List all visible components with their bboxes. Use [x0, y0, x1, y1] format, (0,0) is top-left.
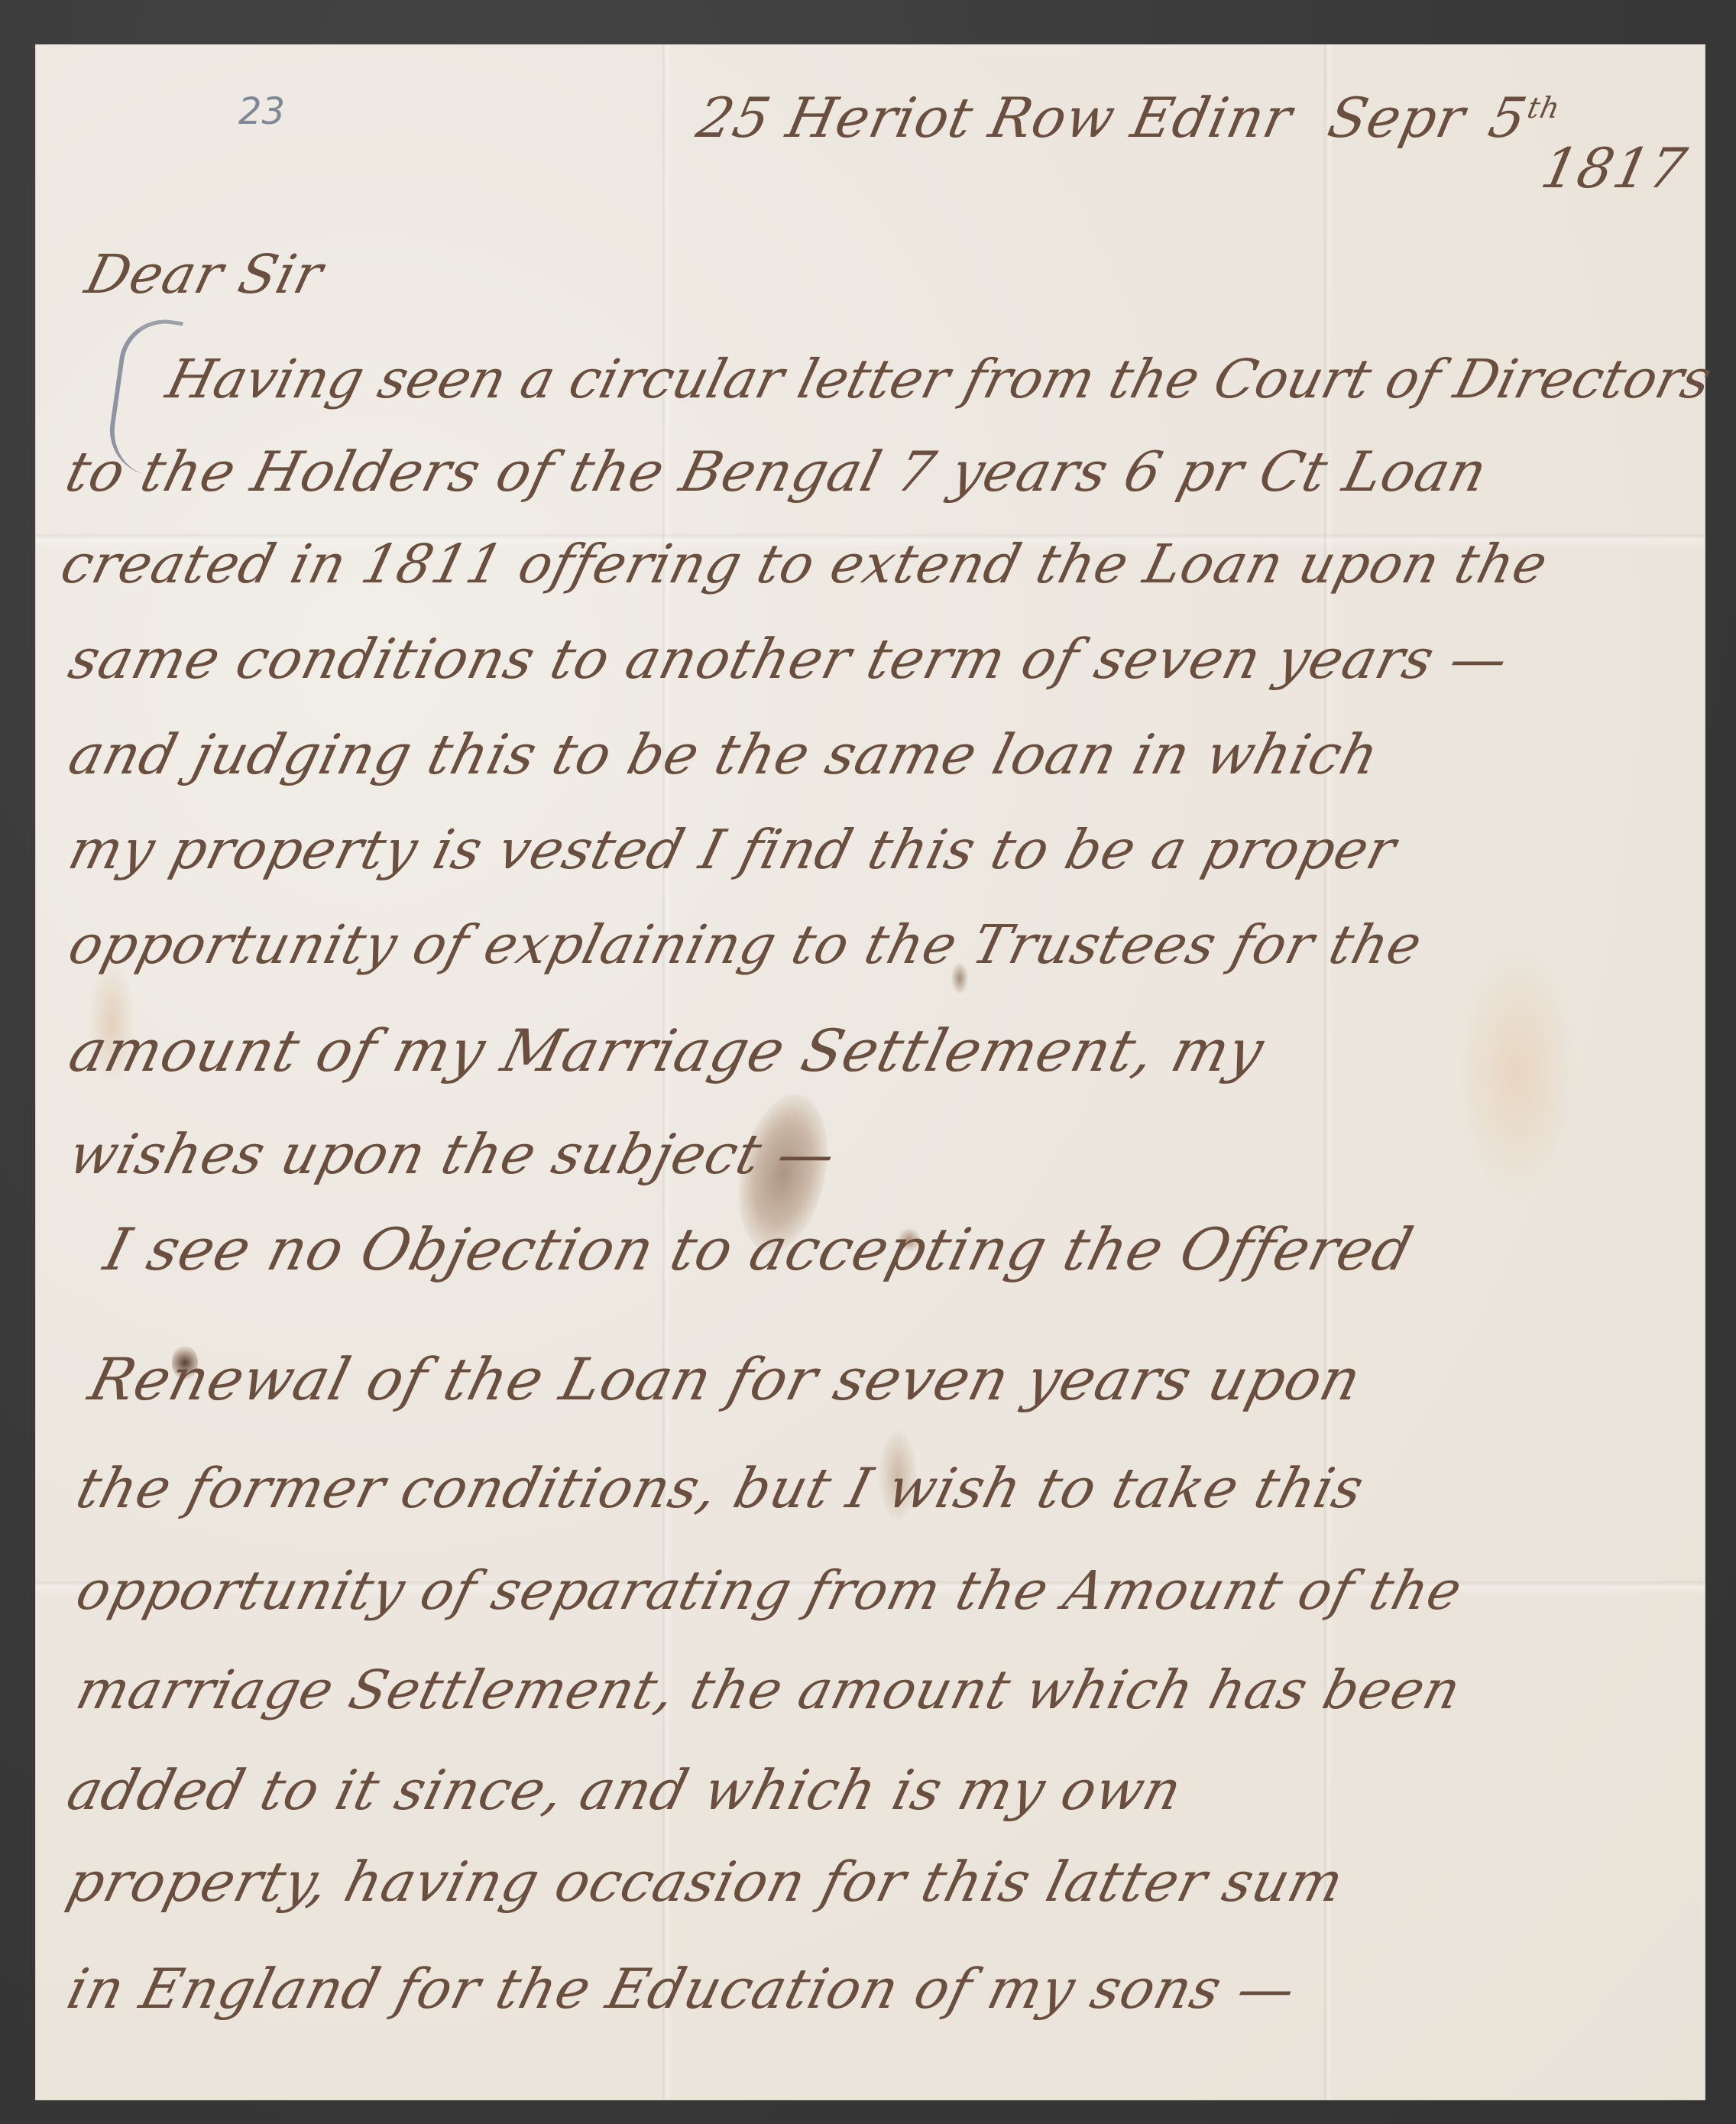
body-line: same conditions to another term of seven… — [63, 627, 1515, 691]
address-text: 25 Heriot Row Edinr — [691, 86, 1298, 150]
body-line: opportunity of explaining to the Trustee… — [63, 913, 1429, 976]
body-line: my property is vested I find this to be … — [63, 818, 1403, 881]
date-month: Sepr — [1323, 86, 1471, 150]
archive-number: 23 — [238, 90, 285, 133]
letter-year: 1817 — [1536, 136, 1692, 200]
salutation: Dear Sir — [79, 243, 329, 306]
body-line: Renewal of the Loan for seven years upon — [83, 1345, 1368, 1413]
body-line: marriage Settlement, the amount which ha… — [70, 1659, 1467, 1721]
body-line: Having seen a circular letter from the C… — [160, 348, 1718, 410]
body-line: added to it since, and which is my own — [61, 1758, 1189, 1822]
letter-address: 25 Heriot Row Edinr Sepr 5th — [691, 86, 1565, 150]
body-line: amount of my Marriage Settlement, my — [63, 1017, 1271, 1085]
body-line: to the Holders of the Bengal 7 years 6 p… — [60, 439, 1494, 504]
body-line: I see no Objection to accepting the Offe… — [98, 1215, 1420, 1283]
body-line: wishes upon the subject — — [63, 1122, 843, 1186]
body-line: property, having occasion for this latte… — [61, 1850, 1350, 1914]
body-line: created in 1811 offering to extend the L… — [55, 533, 1554, 595]
body-line: in England for the Education of my sons … — [61, 1957, 1303, 2021]
body-line: opportunity of separating from the Amoun… — [70, 1559, 1469, 1622]
water-stain — [1456, 946, 1579, 1198]
body-line: the former conditions, but I wish to tak… — [70, 1456, 1371, 1520]
body-line: and judging this to be the same loan in … — [63, 722, 1385, 786]
